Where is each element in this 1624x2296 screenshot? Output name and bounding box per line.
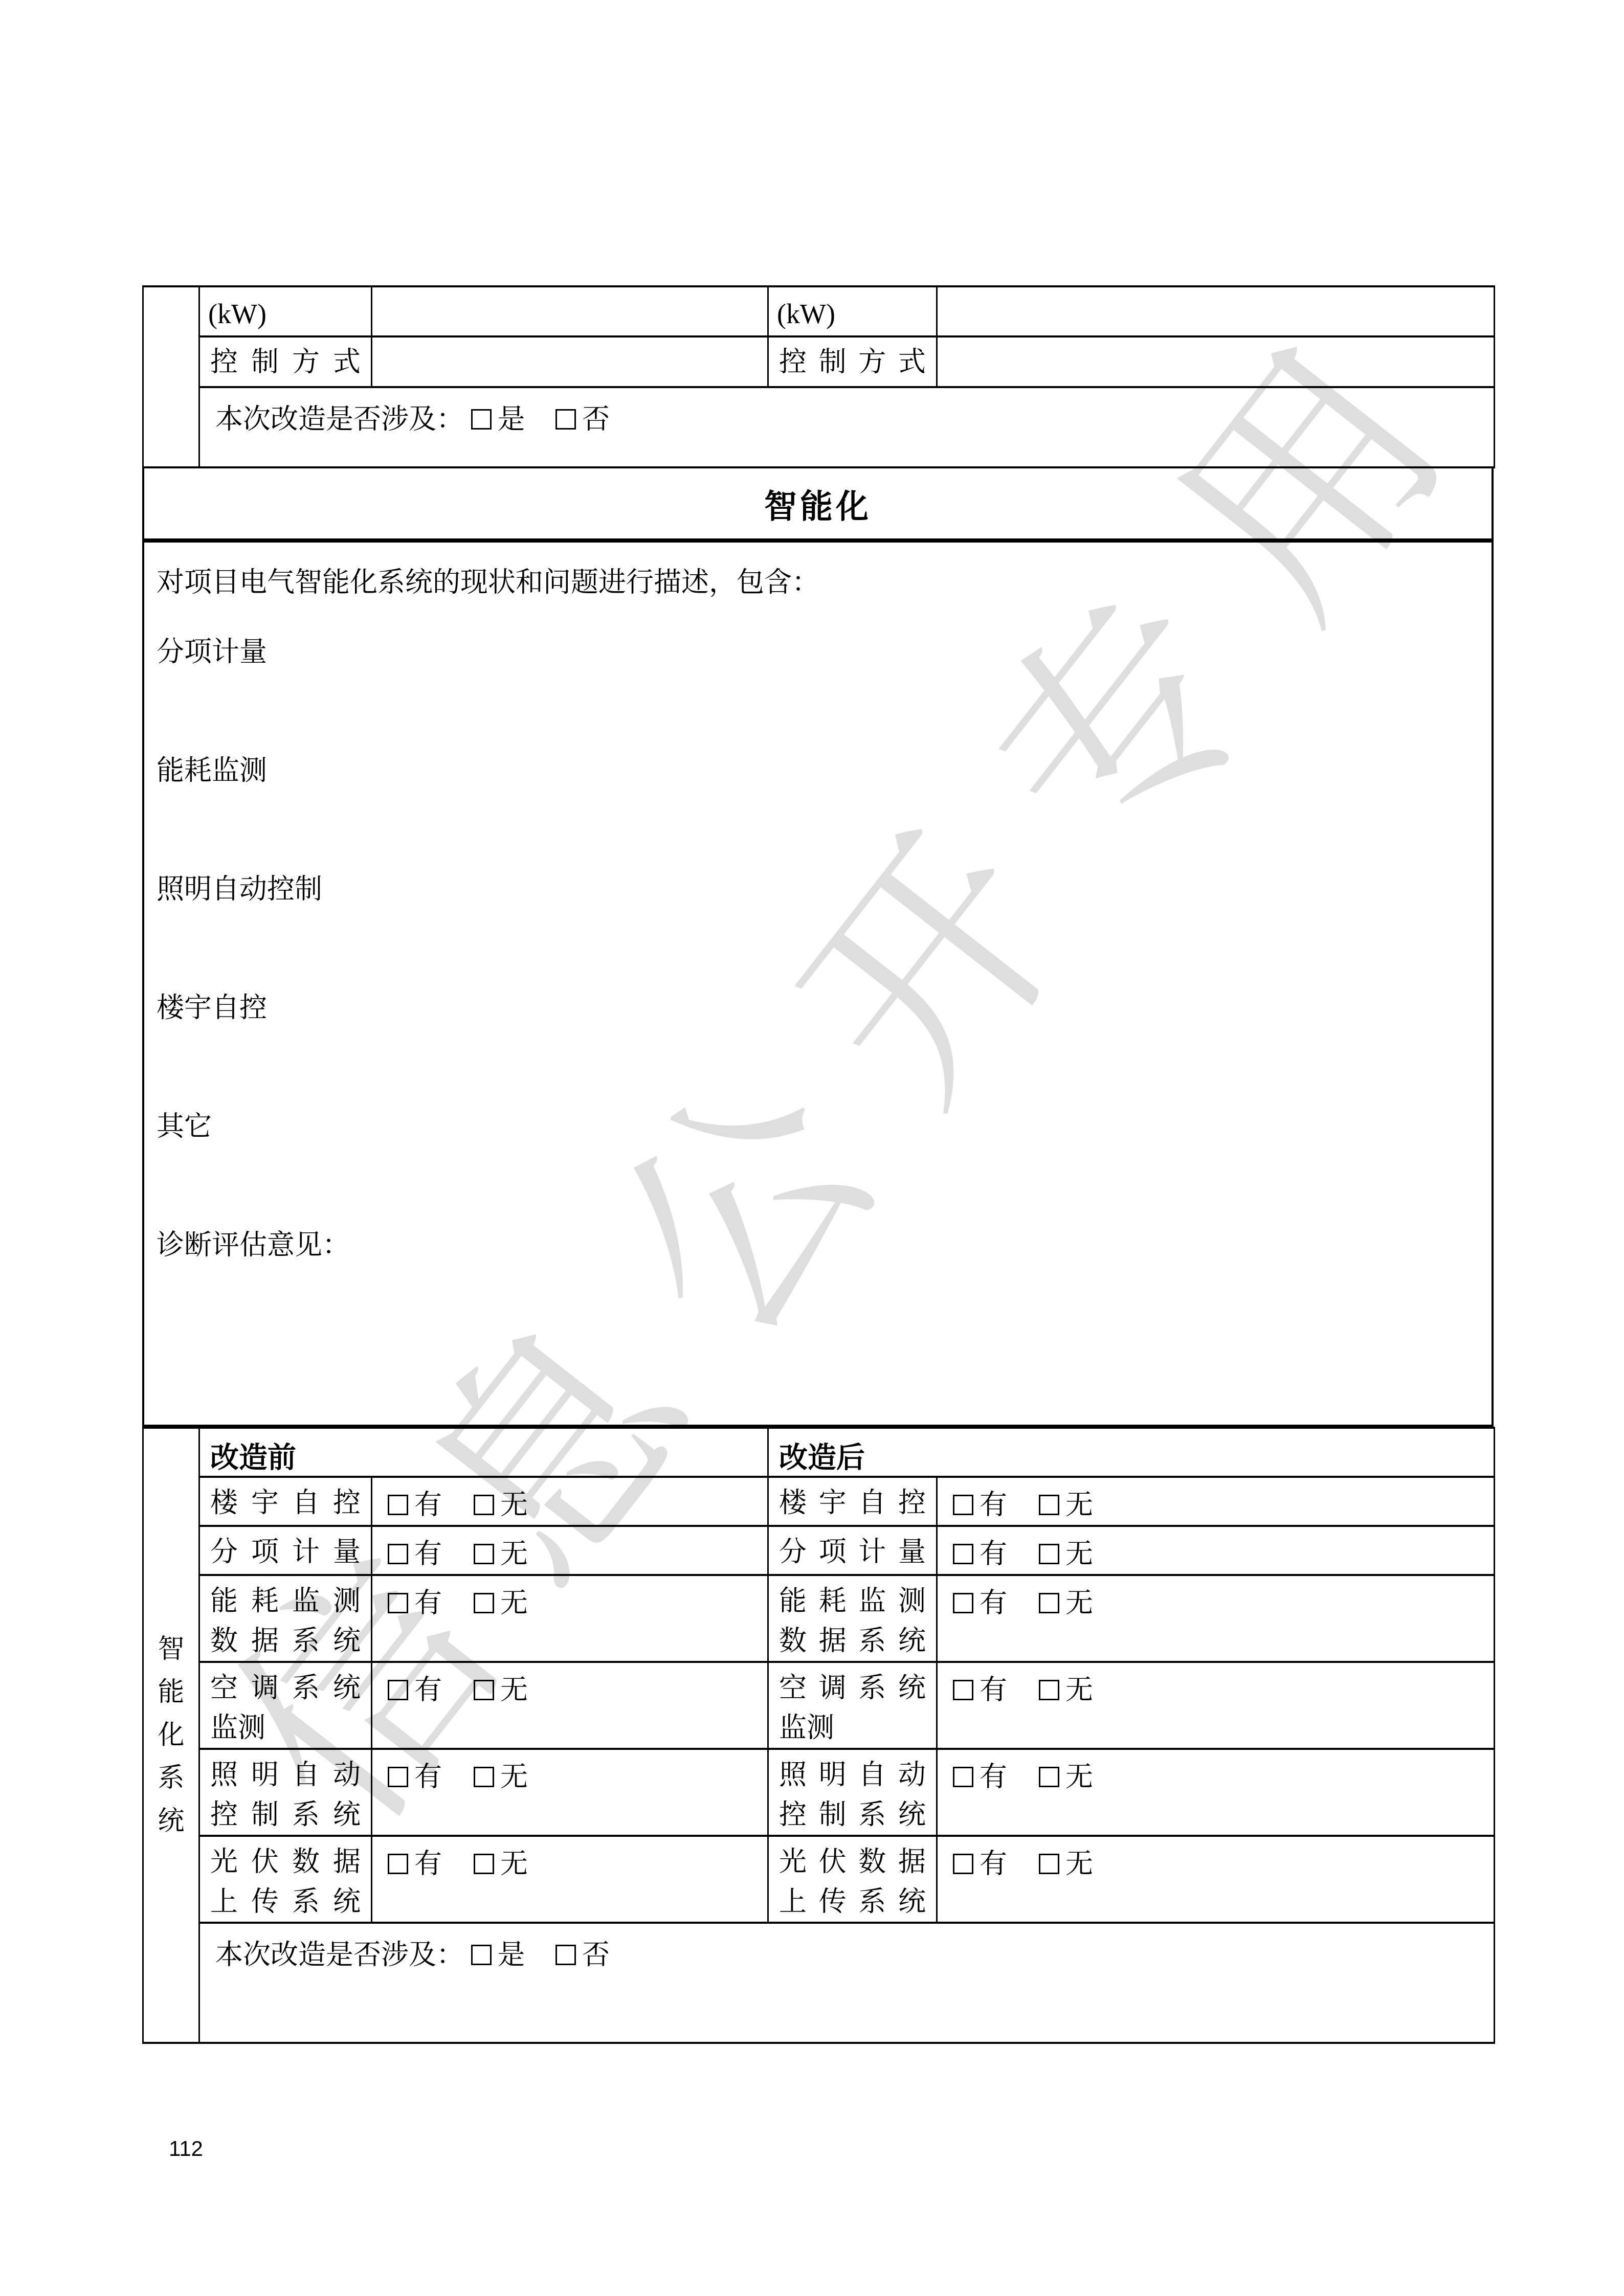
involve-option-no[interactable]: 否 — [555, 1935, 610, 1975]
checkbox-have-icon[interactable] — [388, 1495, 408, 1515]
option-have[interactable]: 有 — [953, 1844, 1007, 1884]
option-none[interactable]: 无 — [1039, 1534, 1093, 1574]
checkbox-none-icon[interactable] — [474, 1854, 494, 1874]
row-label-after: 分项计量 — [768, 1526, 937, 1575]
row-options-after: 有无 — [937, 1575, 1495, 1662]
kw-label-after: (kW) — [768, 286, 937, 336]
row-label-after: 空调系统监测 — [768, 1662, 937, 1749]
row-options-after: 有无 — [937, 1526, 1495, 1575]
row-options-before: 有无 — [372, 1749, 768, 1836]
checkbox-none-icon[interactable] — [1039, 1854, 1059, 1874]
row-options-after: 有无 — [937, 1477, 1495, 1526]
control-mode-value-before[interactable] — [372, 336, 768, 387]
description-item-energy-monitoring: 能耗监测 — [157, 756, 1476, 785]
description-intro: 对项目电气智能化系统的现状和问题进行描述，包含： — [157, 568, 1476, 597]
option-have[interactable]: 有 — [388, 1534, 442, 1574]
checkbox-have-icon[interactable] — [388, 1544, 408, 1564]
row-options-before: 有无 — [372, 1836, 768, 1923]
involve-row-bottom: 本次改造是否涉及： 是 否 — [199, 1923, 1495, 2043]
row-label-after: 楼宇自控 — [768, 1477, 937, 1526]
row-label-before: 空调系统监测 — [199, 1662, 372, 1749]
option-none[interactable]: 无 — [1039, 1583, 1093, 1623]
section-title-intelligence: 智能化 — [142, 466, 1494, 541]
row-label-before: 光伏数据上传系统 — [199, 1836, 372, 1923]
side-spacer-cell — [143, 286, 199, 467]
column-header-after: 改造后 — [768, 1428, 1495, 1477]
checkbox-have-icon[interactable] — [953, 1854, 973, 1874]
option-none[interactable]: 无 — [474, 1583, 528, 1623]
row-options-before: 有无 — [372, 1526, 768, 1575]
row-options-after: 有无 — [937, 1836, 1495, 1923]
option-have[interactable]: 有 — [388, 1844, 442, 1884]
checkbox-none-icon[interactable] — [474, 1593, 494, 1613]
table-row-lighting-control-system: 照明自动控制系统 有无 照明自动控制系统 有无 — [143, 1749, 1495, 1836]
option-none[interactable]: 无 — [474, 1844, 528, 1884]
involve-option-yes[interactable]: 是 — [471, 399, 525, 439]
involve-row-top: 本次改造是否涉及： 是 否 — [199, 387, 1495, 467]
description-item-lighting-control: 照明自动控制 — [157, 875, 1476, 904]
checkbox-have-icon[interactable] — [388, 1680, 408, 1700]
row-label-after: 能耗监测数据系统 — [768, 1575, 937, 1662]
description-item-metering: 分项计量 — [157, 638, 1476, 666]
table-row-submetering: 分项计量 有无 分项计量 有无 — [143, 1526, 1495, 1575]
checkbox-none-icon[interactable] — [1039, 1495, 1059, 1515]
control-mode-label-before: 控制方式 — [199, 336, 372, 387]
section-title-text: 智能化 — [764, 480, 872, 527]
row-label-after: 光伏数据上传系统 — [768, 1836, 937, 1923]
kw-label-before: (kW) — [199, 286, 372, 336]
option-have[interactable]: 有 — [953, 1485, 1007, 1525]
table-row-building-automation: 楼宇自控 有无 楼宇自控 有无 — [143, 1477, 1495, 1526]
checkbox-have-icon[interactable] — [388, 1854, 408, 1874]
checkbox-none-icon[interactable] — [1039, 1767, 1059, 1787]
row-label-before: 楼宇自控 — [199, 1477, 372, 1526]
control-mode-value-after[interactable] — [937, 336, 1495, 387]
row-label-after: 照明自动控制系统 — [768, 1749, 937, 1836]
row-options-before: 有无 — [372, 1662, 768, 1749]
row-options-before: 有无 — [372, 1575, 768, 1662]
page-number: 112 — [169, 2136, 203, 2161]
checkbox-yes-icon[interactable] — [471, 409, 492, 430]
involve-option-no[interactable]: 否 — [555, 399, 610, 439]
involve-yes-label: 是 — [498, 404, 525, 435]
involve-question-label: 本次改造是否涉及： — [215, 404, 464, 435]
row-options-before: 有无 — [372, 1477, 768, 1526]
checkbox-have-icon[interactable] — [953, 1767, 973, 1787]
checkbox-have-icon[interactable] — [388, 1767, 408, 1787]
checkbox-none-icon[interactable] — [474, 1495, 494, 1515]
document-page: 信息公开专用 (kW) (kW) 控制方式 控制方式 — [0, 0, 1624, 2296]
checkbox-none-icon[interactable] — [1039, 1544, 1059, 1564]
equipment-continuation-table: (kW) (kW) 控制方式 控制方式 本次改造是否涉及： 是 否 — [142, 285, 1494, 468]
diagnosis-opinion-label: 诊断评估意见： — [157, 1231, 1476, 1259]
table-row-pv-data-upload-system: 光伏数据上传系统 有无 光伏数据上传系统 有无 — [143, 1836, 1495, 1923]
option-have[interactable]: 有 — [388, 1583, 442, 1623]
option-none[interactable]: 无 — [474, 1485, 528, 1525]
option-none[interactable]: 无 — [1039, 1670, 1093, 1710]
checkbox-have-icon[interactable] — [953, 1495, 973, 1515]
description-item-other: 其它 — [157, 1112, 1476, 1141]
table-row-energy-data-system: 能耗监测数据系统 有无 能耗监测数据系统 有无 — [143, 1575, 1495, 1662]
option-have[interactable]: 有 — [953, 1670, 1007, 1710]
option-none[interactable]: 无 — [474, 1670, 528, 1710]
checkbox-have-icon[interactable] — [953, 1544, 973, 1564]
kw-value-before[interactable] — [372, 286, 768, 336]
row-label-before: 分项计量 — [199, 1526, 372, 1575]
involve-question-label: 本次改造是否涉及： — [215, 1940, 464, 1970]
option-have[interactable]: 有 — [388, 1757, 442, 1797]
option-none[interactable]: 无 — [1039, 1485, 1093, 1525]
control-mode-label-after: 控制方式 — [768, 336, 937, 387]
checkbox-have-icon[interactable] — [388, 1593, 408, 1613]
option-none[interactable]: 无 — [474, 1757, 528, 1797]
option-have[interactable]: 有 — [388, 1485, 442, 1525]
row-label-before: 能耗监测数据系统 — [199, 1575, 372, 1662]
option-none[interactable]: 无 — [1039, 1844, 1093, 1884]
kw-value-after[interactable] — [937, 286, 1495, 336]
option-have[interactable]: 有 — [953, 1757, 1007, 1797]
description-cell: 对项目电气智能化系统的现状和问题进行描述，包含： 分项计量 能耗监测 照明自动控… — [142, 541, 1494, 1427]
checkbox-no-icon[interactable] — [555, 409, 576, 430]
option-have[interactable]: 有 — [953, 1583, 1007, 1623]
table-row-hvac-monitoring: 空调系统监测 有无 空调系统监测 有无 — [143, 1662, 1495, 1749]
column-header-before: 改造前 — [199, 1428, 768, 1477]
checkbox-none-icon[interactable] — [1039, 1593, 1059, 1613]
option-none[interactable]: 无 — [1039, 1757, 1093, 1797]
checkbox-none-icon[interactable] — [474, 1680, 494, 1700]
description-item-building-automation: 楼宇自控 — [157, 994, 1476, 1022]
checkbox-have-icon[interactable] — [953, 1593, 973, 1613]
checkbox-yes-icon[interactable] — [471, 1945, 492, 1965]
checkbox-have-icon[interactable] — [953, 1680, 973, 1700]
row-options-after: 有无 — [937, 1749, 1495, 1836]
checkbox-no-icon[interactable] — [555, 1945, 576, 1965]
checkbox-none-icon[interactable] — [474, 1767, 494, 1787]
checkbox-none-icon[interactable] — [1039, 1680, 1059, 1700]
side-label-intelligence-system: 智 能 化 系 统 — [143, 1428, 199, 2043]
row-options-after: 有无 — [937, 1662, 1495, 1749]
option-have[interactable]: 有 — [953, 1534, 1007, 1574]
row-label-before: 照明自动控制系统 — [199, 1749, 372, 1836]
option-have[interactable]: 有 — [388, 1670, 442, 1710]
option-none[interactable]: 无 — [474, 1534, 528, 1574]
intelligence-system-table: 智 能 化 系 统 改造前 改造后 楼宇自控 有无 楼宇自控 有无 — [142, 1427, 1494, 2044]
involve-option-yes[interactable]: 是 — [471, 1935, 525, 1975]
involve-no-label: 否 — [582, 404, 610, 435]
checkbox-none-icon[interactable] — [474, 1544, 494, 1564]
